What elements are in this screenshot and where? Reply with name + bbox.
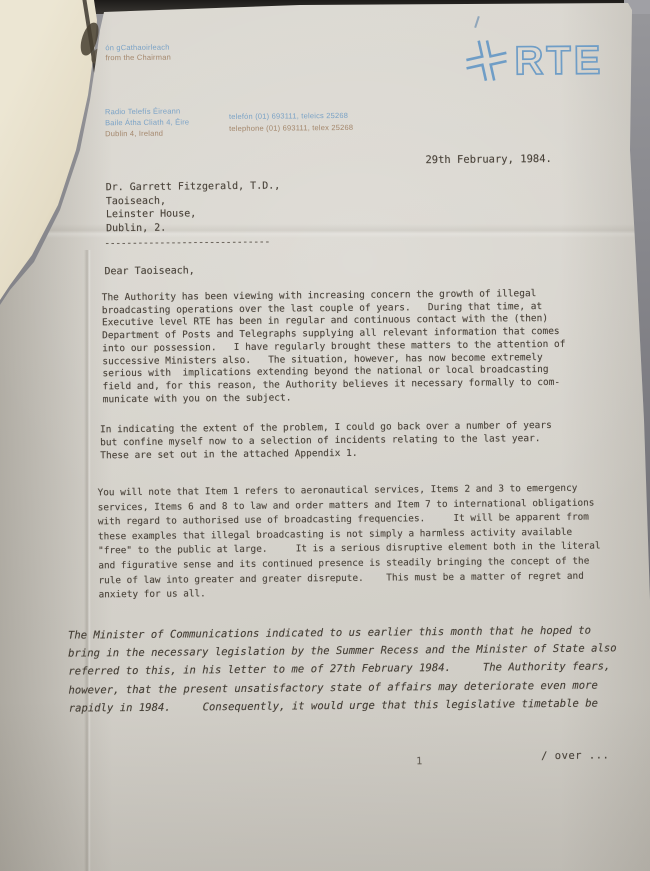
from-irish-label: ón gCathaoirleach (105, 43, 171, 54)
letterhead-contact-block: telefón (01) 693111, teleics 25268 telep… (229, 110, 353, 134)
body-paragraph-2: In indicating the extent of the problem,… (100, 419, 588, 463)
org-line-irish-name: Radio Telefís Éireann (105, 105, 189, 117)
rte-logo: RTE (460, 30, 621, 90)
letter-content: ón gCathaoirleach from the Chairman RTE (0, 0, 650, 871)
brigids-cross-icon (460, 34, 512, 86)
contact-line-irish: telefón (01) 693111, teleics 25268 (229, 110, 353, 123)
page-number-mark: 1 (416, 756, 422, 767)
letter-date: 29th February, 1984. (425, 153, 552, 166)
body-paragraph-1: The Authority has been viewing with incr… (102, 288, 591, 407)
letter-paper: ón gCathaoirleach from the Chairman RTE (0, 0, 650, 871)
letterhead-address-block: Radio Telefís Éireann Baile Átha Cliath … (105, 105, 190, 139)
body-paragraph-4: The Minister of Communications indicated… (68, 621, 625, 717)
body-paragraph-3: You will note that Item 1 refers to aero… (98, 481, 613, 603)
org-line-english-address: Dublin 4, Ireland (105, 127, 189, 139)
letterhead-from-block: ón gCathaoirleach from the Chairman (105, 43, 171, 64)
letter-photo: ón gCathaoirleach from the Chairman RTE (0, 0, 650, 871)
from-english-label: from the Chairman (105, 53, 171, 64)
salutation: Dear Taoiseach, (104, 265, 194, 277)
org-line-irish-address: Baile Átha Cliath 4, Éire (105, 116, 189, 128)
typed-divider: ------------------------------ (104, 237, 270, 250)
rte-logotype-text: RTE (514, 38, 603, 83)
contact-line-english: telephone (01) 693111, telex 25268 (229, 121, 353, 134)
recipient-address: Dr. Garrett Fitzgerald, T.D., Taoiseach,… (106, 180, 281, 236)
over-continuation-mark: / over ... (541, 749, 609, 762)
rte-logotype: RTE (512, 33, 620, 86)
